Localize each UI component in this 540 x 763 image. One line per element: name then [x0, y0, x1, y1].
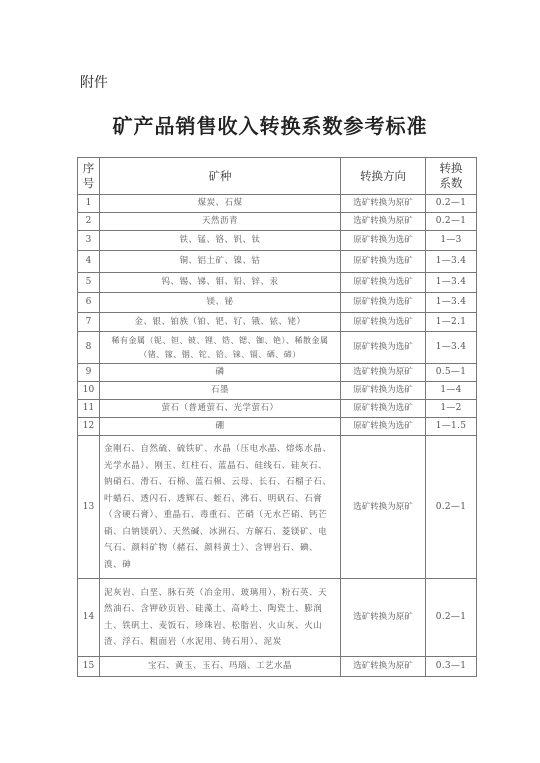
row-direction: 原矿转换为选矿 [341, 273, 426, 293]
table-row: 11 萤石（普通萤石、光学萤石） 原矿转换为选矿 1—2 [78, 400, 477, 418]
row-mineral: 宝石、黄玉、玉石、玛瑙、工艺水晶 [100, 657, 341, 677]
table-header-row: 序号 矿种 转换方向 转换系数 [78, 158, 477, 195]
row-mineral: 萤石（普通萤石、光学萤石） [100, 400, 341, 418]
row-direction: 原矿转换为选矿 [341, 382, 426, 400]
row-coefficient: 1—2 [426, 400, 477, 418]
row-index: 3 [78, 231, 100, 251]
row-mineral: 镁、铋 [100, 293, 341, 313]
row-mineral: 磷 [100, 364, 341, 382]
row-mineral: 铜、铝土矿、镍、钴 [100, 251, 341, 273]
row-direction: 原矿转换为选矿 [341, 418, 426, 436]
row-mineral: 金刚石、自然硫、硫铁矿、水晶（压电水晶、熔炼水晶、光学水晶）、刚玉、红柱石、蓝晶… [100, 436, 341, 579]
row-index: 7 [78, 313, 100, 332]
table-row: 1 煤炭、石煤 选矿转换为原矿 0.2—1 [78, 195, 477, 213]
row-mineral: 泥灰岩、白垩、脉石英（冶金用、玻璃用）、粉石英、天然油石、含钾砂页岩、硅藻土、高… [100, 579, 341, 657]
row-mineral: 硼 [100, 418, 341, 436]
row-mineral: 铁、锰、铬、钒、钛 [100, 231, 341, 251]
row-coefficient: 1—3.4 [426, 251, 477, 273]
row-index: 1 [78, 195, 100, 213]
row-direction: 选矿转换为原矿 [341, 195, 426, 213]
row-direction: 选矿转换为原矿 [341, 657, 426, 677]
table-row: 2 天然沥青 选矿转换为原矿 0.2—1 [78, 213, 477, 231]
row-mineral: 天然沥青 [100, 213, 341, 231]
table-row: 10 石墨 原矿转换为选矿 1—4 [78, 382, 477, 400]
row-index: 4 [78, 251, 100, 273]
row-index: 12 [78, 418, 100, 436]
row-coefficient: 0.2—1 [426, 195, 477, 213]
table-row: 7 金、银、铂族（铂、钯、钌、锇、铱、铑） 原矿转换为选矿 1—2.1 [78, 313, 477, 332]
header-coefficient: 转换系数 [426, 158, 477, 195]
document-title: 矿产品销售收入转换系数参考标准 [0, 110, 540, 139]
row-mineral: 金、银、铂族（铂、钯、钌、锇、铱、铑） [100, 313, 341, 332]
row-mineral: 煤炭、石煤 [100, 195, 341, 213]
row-direction: 原矿转换为选矿 [341, 400, 426, 418]
row-mineral: 石墨 [100, 382, 341, 400]
row-index: 8 [78, 332, 100, 364]
row-direction: 选矿转换为原矿 [341, 436, 426, 579]
row-index: 10 [78, 382, 100, 400]
row-direction: 原矿转换为选矿 [341, 251, 426, 273]
row-coefficient: 0.2—1 [426, 213, 477, 231]
table-row: 4 铜、铝土矿、镍、钴 原矿转换为选矿 1—3.4 [78, 251, 477, 273]
table-row: 15 宝石、黄玉、玉石、玛瑙、工艺水晶 选矿转换为原矿 0.3—1 [78, 657, 477, 677]
row-coefficient: 0.5—1 [426, 364, 477, 382]
table-row: 8 稀有金属（铌、钽、铍、锂、锆、锶、铷、铯）、稀散金属（锗、镓、铟、铊、铪、铼… [78, 332, 477, 364]
table-row: 14 泥灰岩、白垩、脉石英（冶金用、玻璃用）、粉石英、天然油石、含钾砂页岩、硅藻… [78, 579, 477, 657]
row-direction: 选矿转换为原矿 [341, 579, 426, 657]
row-direction: 原矿转换为选矿 [341, 231, 426, 251]
row-coefficient: 0.2—1 [426, 436, 477, 579]
row-index: 2 [78, 213, 100, 231]
row-index: 9 [78, 364, 100, 382]
row-index: 13 [78, 436, 100, 579]
row-coefficient: 0.2—1 [426, 579, 477, 657]
row-direction: 原矿转换为选矿 [341, 293, 426, 313]
row-index: 14 [78, 579, 100, 657]
row-index: 15 [78, 657, 100, 677]
row-index: 5 [78, 273, 100, 293]
header-direction: 转换方向 [341, 158, 426, 195]
table-row: 13 金刚石、自然硫、硫铁矿、水晶（压电水晶、熔炼水晶、光学水晶）、刚玉、红柱石… [78, 436, 477, 579]
row-direction: 选矿转换为原矿 [341, 364, 426, 382]
row-index: 11 [78, 400, 100, 418]
table-row: 3 铁、锰、铬、钒、钛 原矿转换为选矿 1—3 [78, 231, 477, 251]
row-coefficient: 1—1.5 [426, 418, 477, 436]
row-direction: 原矿转换为选矿 [341, 313, 426, 332]
row-coefficient: 0.3—1 [426, 657, 477, 677]
row-coefficient: 1—3 [426, 231, 477, 251]
conversion-coefficient-table: 序号 矿种 转换方向 转换系数 1 煤炭、石煤 选矿转换为原矿 0.2—1 2 … [77, 157, 477, 677]
table-row: 12 硼 原矿转换为选矿 1—1.5 [78, 418, 477, 436]
row-coefficient: 1—2.1 [426, 313, 477, 332]
row-direction: 原矿转换为选矿 [341, 332, 426, 364]
row-coefficient: 1—4 [426, 382, 477, 400]
row-direction: 选矿转换为原矿 [341, 213, 426, 231]
row-index: 6 [78, 293, 100, 313]
table-row: 9 磷 选矿转换为原矿 0.5—1 [78, 364, 477, 382]
row-coefficient: 1—3.4 [426, 332, 477, 364]
header-index: 序号 [78, 158, 100, 195]
header-mineral: 矿种 [100, 158, 341, 195]
row-mineral: 稀有金属（铌、钽、铍、锂、锆、锶、铷、铯）、稀散金属（锗、镓、铟、铊、铪、铼、镉… [100, 332, 341, 364]
table-row: 6 镁、铋 原矿转换为选矿 1—3.4 [78, 293, 477, 313]
row-coefficient: 1—3.4 [426, 273, 477, 293]
table-row: 5 钨、锡、锑、钼、铅、锌、汞 原矿转换为选矿 1—3.4 [78, 273, 477, 293]
attachment-label: 附件 [80, 72, 108, 92]
row-mineral: 钨、锡、锑、钼、铅、锌、汞 [100, 273, 341, 293]
row-coefficient: 1—3.4 [426, 293, 477, 313]
